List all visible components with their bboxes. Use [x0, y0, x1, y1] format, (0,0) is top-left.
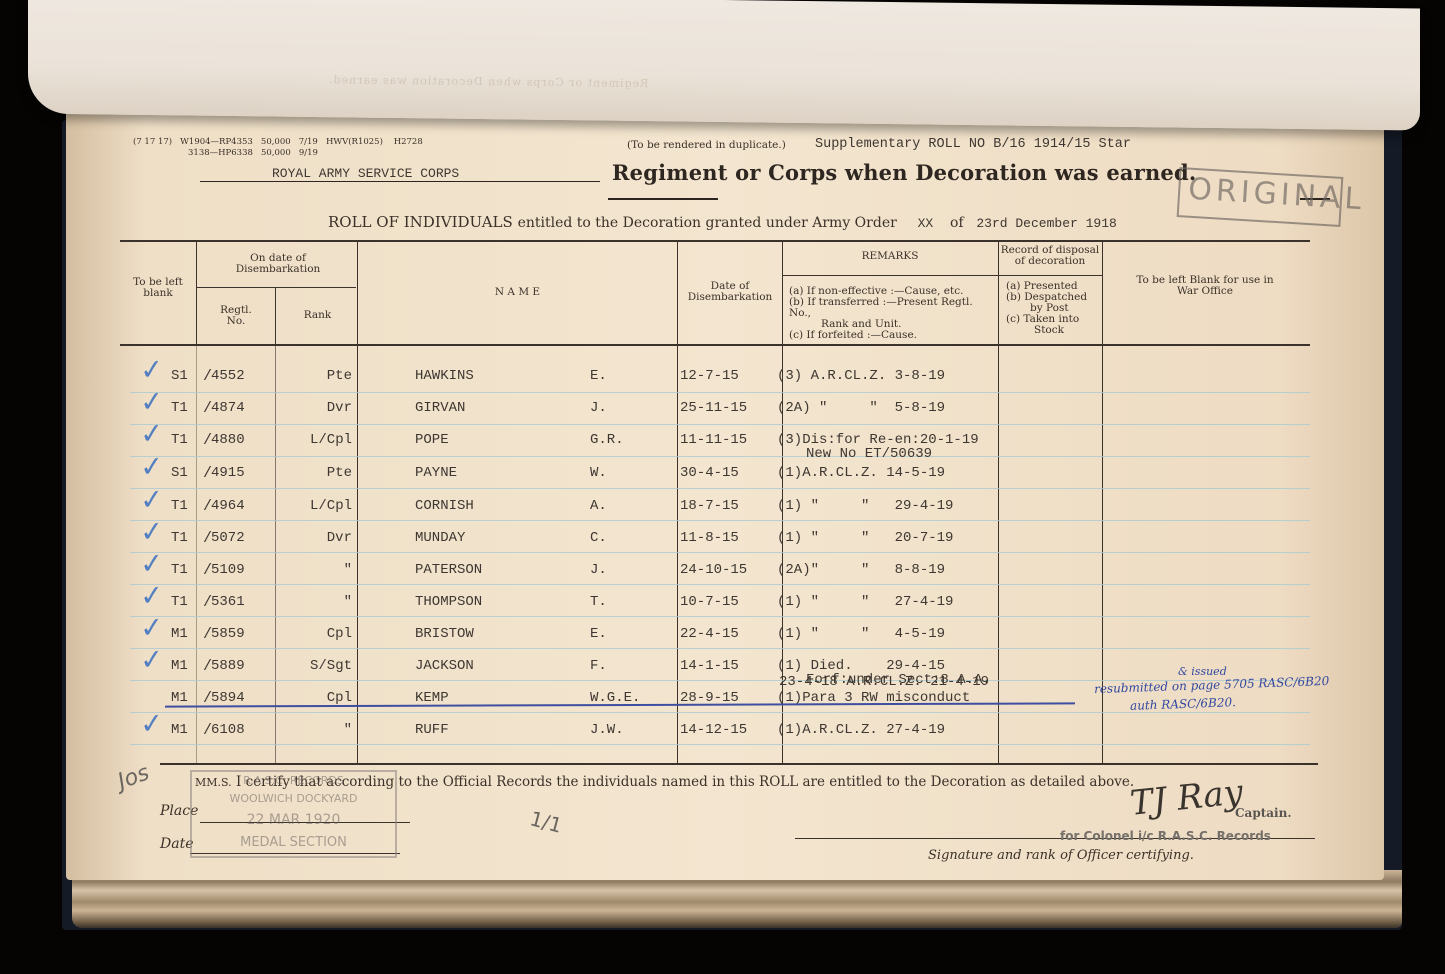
- ledger-rule: [130, 488, 1310, 489]
- regtl-number: 4552: [211, 368, 245, 384]
- regtl-prefix: T1: [171, 400, 188, 416]
- ledger-rule: [130, 648, 1310, 649]
- rank-cell: ": [290, 594, 352, 610]
- check-mark-icon: ✓: [139, 645, 165, 675]
- col-header-disembark-group: On date of Disembarkation: [210, 253, 346, 275]
- table-top-border: [120, 240, 1310, 242]
- remarks-cell: (2A) " " 5-8-19: [777, 400, 945, 416]
- regtl-prefix: T1: [171, 432, 188, 448]
- disembark-date-cell: 30-4-15: [680, 465, 739, 481]
- rank-cell: Pte: [290, 465, 352, 481]
- surname-cell: GIRVAN: [415, 400, 465, 416]
- subtitle-middle: entitled to the Decoration granted under…: [518, 215, 897, 231]
- surname-cell: RUFF: [415, 722, 449, 738]
- remarks-cell: (3) A.R.CL.Z. 3-8-19: [777, 368, 945, 384]
- remarks-cell-line-2: 23-4-18 A.R.CL.Z. 21-4-19: [779, 674, 989, 690]
- army-order-date: 23rd December 1918: [976, 216, 1116, 231]
- remarks-cell: (1) " " 27-4-19: [777, 594, 953, 610]
- regtl-number: 5894: [211, 690, 245, 706]
- check-mark-icon: ✓: [139, 613, 165, 643]
- print-code-line-1: (7 17 17) W1904—RP4353 50,000 7/19 HWV(R…: [133, 137, 423, 148]
- surname-cell: THOMPSON: [415, 594, 482, 610]
- roll-subtitle: ROLL OF INDIVIDUALS entitled to the Deco…: [328, 213, 1117, 231]
- regtl-number: 6108: [211, 722, 245, 738]
- remarks-cell: (1) " " 4-5-19: [777, 626, 945, 642]
- rank-cell: ": [290, 562, 352, 578]
- initials-cell: W.: [590, 465, 607, 481]
- ledger-rule: [130, 392, 1310, 393]
- disembark-date-cell: 25-11-15: [680, 400, 747, 416]
- col-header-name: N A M E: [360, 287, 675, 298]
- surname-cell: PAYNE: [415, 465, 457, 481]
- rank-cell: Dvr: [290, 400, 352, 416]
- print-code-line-2: 3138—HP6338 50,000 9/19: [188, 148, 318, 159]
- regtl-number: 5859: [211, 626, 245, 642]
- header-bottom-border: [120, 344, 1310, 346]
- regtl-prefix: M1: [171, 626, 188, 642]
- check-mark-icon: ✓: [139, 419, 165, 449]
- regtl-prefix: M1: [171, 722, 188, 738]
- col-line-regtl: [275, 344, 276, 764]
- disembark-date-cell: 22-4-15: [680, 626, 739, 642]
- regtl-number: 5361: [211, 594, 245, 610]
- disembark-date-cell: 10-7-15: [680, 594, 739, 610]
- ledger-rule: [130, 584, 1310, 585]
- ledger-rule: [130, 552, 1310, 553]
- regtl-number: 5109: [211, 562, 245, 578]
- check-mark-icon: ✓: [139, 709, 165, 739]
- rank-cell: S/Sgt: [290, 658, 352, 674]
- ledger-rule: [130, 520, 1310, 521]
- subtitle-of: of: [950, 215, 964, 231]
- disembark-date-cell: 14-12-15: [680, 722, 747, 738]
- date-label: Date: [160, 836, 193, 852]
- disembark-date-cell: 24-10-15: [680, 562, 747, 578]
- col-line-rank: [357, 240, 358, 764]
- check-mark-icon: ✓: [139, 452, 165, 482]
- check-mark-icon: ✓: [139, 517, 165, 547]
- col-line-1: [196, 344, 197, 764]
- ledger-rule: [130, 456, 1310, 457]
- regtl-prefix: S1: [171, 368, 188, 384]
- medal-section-stamp: R.A.S.C. RECORDS WOOLWICH DOCKYARD 22 MA…: [190, 770, 397, 858]
- initials-cell: F.: [590, 658, 607, 674]
- annotation-insert: & issued: [1178, 665, 1227, 678]
- col-header-rank: Rank: [280, 310, 355, 321]
- check-mark-icon: ✓: [139, 355, 165, 385]
- initials-cell: G.R.: [590, 432, 624, 448]
- remarks-divider: [782, 275, 998, 276]
- regtl-number: 5072: [211, 530, 245, 546]
- rank-cell: L/Cpl: [290, 432, 352, 448]
- col-line-1-head: [196, 240, 197, 344]
- army-order-number: XX: [918, 216, 934, 231]
- disembark-date-cell: 14-1-15: [680, 658, 739, 674]
- subtitle-prefix: ROLL OF INDIVIDUALS: [328, 213, 513, 231]
- show-through-text: Regiment or Corps when Decoration was ea…: [328, 73, 648, 90]
- disposal-divider: [998, 275, 1102, 276]
- corps-underline: [200, 181, 600, 182]
- initials-cell: T.: [590, 594, 607, 610]
- col-header-left-blank: To be left blank: [125, 277, 191, 299]
- regtl-prefix: M1: [171, 658, 188, 674]
- remarks-cell: (1) " " 29-4-19: [777, 498, 953, 514]
- ledger-rule: [130, 424, 1310, 425]
- col-line-regtl-head: [275, 287, 276, 344]
- initials-cell: J.: [590, 400, 607, 416]
- rank-cell: ": [290, 722, 352, 738]
- rank-cell: L/Cpl: [290, 498, 352, 514]
- remarks-cell: (1)A.R.CL.Z. 14-5-19: [777, 465, 945, 481]
- regtl-number: 5889: [211, 658, 245, 674]
- surname-cell: MUNDAY: [415, 530, 465, 546]
- regtl-number: 4874: [211, 400, 245, 416]
- corps-name: ROYAL ARMY SERVICE CORPS: [272, 166, 459, 181]
- surname-cell: KEMP: [415, 690, 449, 706]
- disembark-group-divider: [196, 287, 356, 288]
- original-stamp: ORIGINAL: [1177, 167, 1344, 227]
- rank-cell: Dvr: [290, 530, 352, 546]
- col-header-disposal: Record of disposal of decoration: [1000, 245, 1100, 267]
- regtl-prefix: T1: [171, 498, 188, 514]
- regtl-number: 4964: [211, 498, 245, 514]
- col-header-regtl-no: Regtl. No.: [210, 305, 262, 327]
- surname-cell: JACKSON: [415, 658, 474, 674]
- roll-number: Supplementary ROLL NO B/16 1914/15 Star: [815, 137, 1131, 152]
- officer-rank: Captain.: [1235, 806, 1292, 820]
- initials-cell: J.: [590, 562, 607, 578]
- disembark-date-cell: 12-7-15: [680, 368, 739, 384]
- surname-cell: POPE: [415, 432, 449, 448]
- title-rule-left: [608, 198, 718, 200]
- col-header-war-office: To be left Blank for use in War Office: [1130, 275, 1280, 297]
- check-mark-icon: ✓: [139, 387, 165, 417]
- surname-cell: HAWKINS: [415, 368, 474, 384]
- col-header-date: Date of Disembarkation: [680, 281, 780, 303]
- for-colonel-line: for Colonel i/c R.A.S.C. Records: [1060, 829, 1271, 843]
- initials-cell: E.: [590, 368, 607, 384]
- rank-cell: Cpl: [290, 690, 352, 706]
- rank-cell: Pte: [290, 368, 352, 384]
- check-mark-icon: ✓: [139, 549, 165, 579]
- check-mark-icon: ✓: [139, 485, 165, 515]
- disembark-date-cell: 11-8-15: [680, 530, 739, 546]
- col-line-name: [677, 240, 678, 764]
- disembark-date-cell: 11-11-15: [680, 432, 747, 448]
- surname-cell: BRISTOW: [415, 626, 474, 642]
- check-mark-icon: ✓: [139, 581, 165, 611]
- remarks-cell: (1)A.R.CL.Z. 27-4-19: [777, 722, 945, 738]
- disembark-date-cell: 18-7-15: [680, 498, 739, 514]
- regtl-prefix: T1: [171, 562, 188, 578]
- ledger-rule: [130, 744, 1310, 745]
- regtl-number: 4915: [211, 465, 245, 481]
- surname-cell: PATERSON: [415, 562, 482, 578]
- regtl-prefix: T1: [171, 530, 188, 546]
- duplicate-note: (To be rendered in duplicate.): [627, 139, 786, 151]
- rank-cell: Cpl: [290, 626, 352, 642]
- regtl-prefix: M1: [171, 690, 188, 706]
- initials-cell: C.: [590, 530, 607, 546]
- table-bottom-border: [160, 763, 1318, 765]
- folded-page-flap: Regiment or Corps when Decoration was ea…: [28, 0, 1420, 131]
- regtl-number: 4880: [211, 432, 245, 448]
- remarks-cell-line-2: New No ET/50639: [806, 446, 932, 462]
- col-header-disposal-detail: (a) Presented (b) Despatched by Post (c)…: [1006, 281, 1100, 336]
- regtl-prefix: S1: [171, 465, 188, 481]
- initials-cell: E.: [590, 626, 607, 642]
- surname-cell: CORNISH: [415, 498, 474, 514]
- regtl-prefix: T1: [171, 594, 188, 610]
- initials-cell: A.: [590, 498, 607, 514]
- col-line-remarks: [998, 240, 999, 764]
- page-title: Regiment or Corps when Decoration was ea…: [612, 160, 1196, 185]
- col-header-remarks: REMARKS: [785, 251, 995, 262]
- col-header-remarks-detail: (a) If non-effective :—Cause, etc. (b) I…: [789, 286, 994, 341]
- ledger-rule: [130, 616, 1310, 617]
- remarks-cell: (2A)" " 8-8-19: [777, 562, 945, 578]
- signature-caption: Signature and rank of Officer certifying…: [928, 848, 1194, 863]
- initials-cell: J.W.: [590, 722, 624, 738]
- remarks-cell: (1) " " 20-7-19: [777, 530, 953, 546]
